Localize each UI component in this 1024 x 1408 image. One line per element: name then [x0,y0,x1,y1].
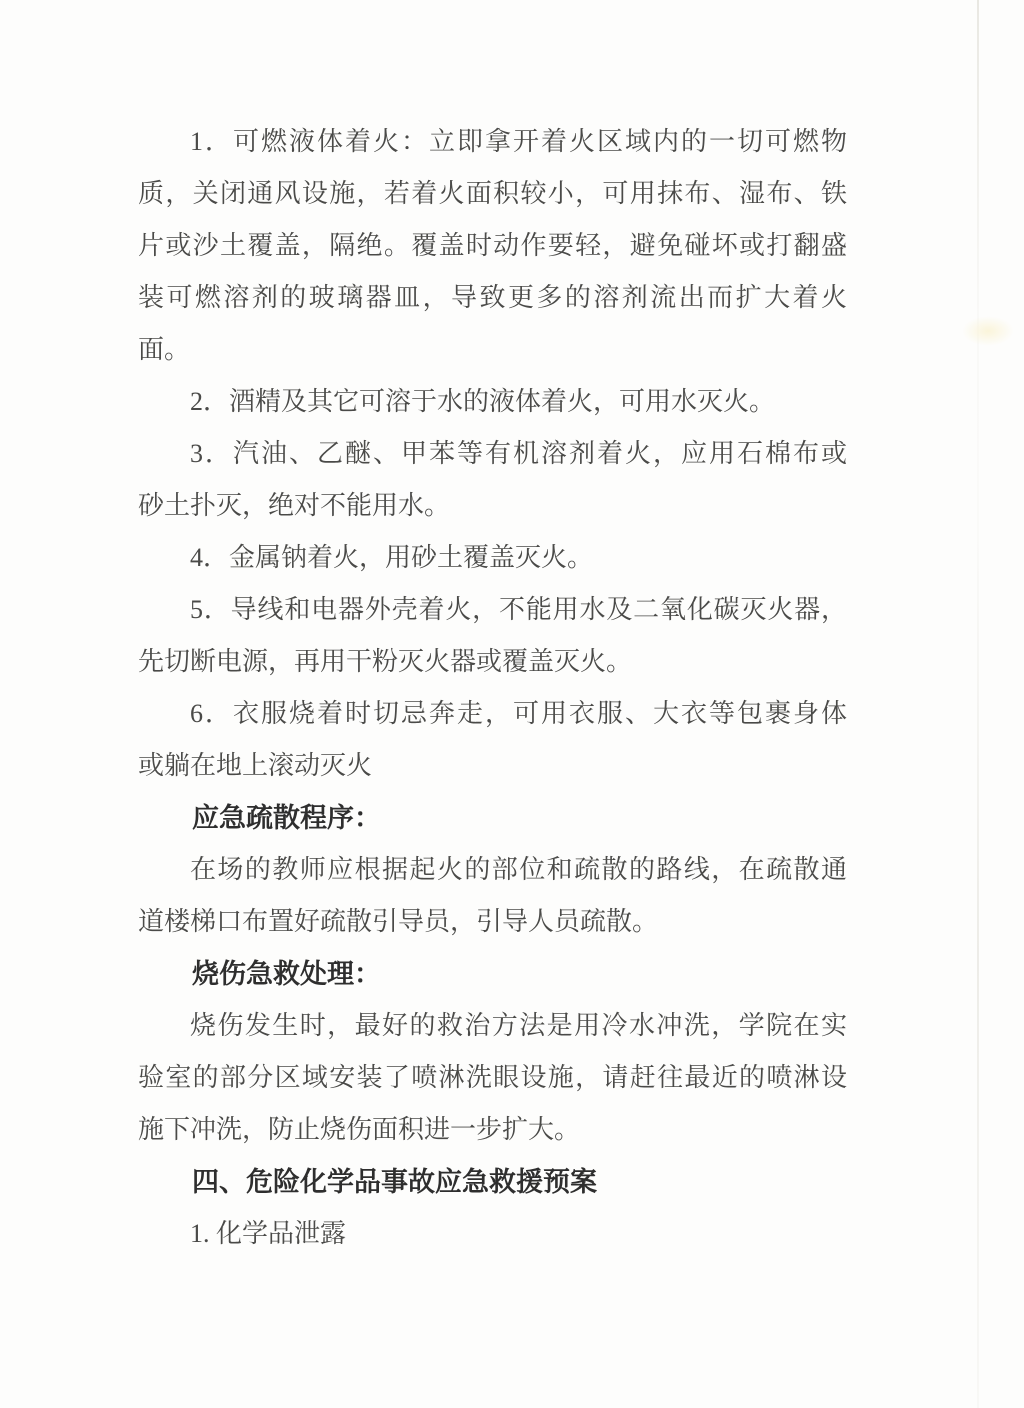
text-line: 1．可燃液体着火：立即拿开着火区域内的一切可燃物 [138,116,847,168]
paragraph-flammable-liquid-fire: 1．可燃液体着火：立即拿开着火区域内的一切可燃物 质，关闭通风设施，若着火面积较… [138,116,847,376]
paragraph-sodium-metal-fire: 4．金属钠着火，用砂土覆盖灭火。 [138,532,847,584]
text-line: 面。 [138,324,847,376]
heading-text: 四、危险化学品事故应急救援预案 [138,1156,847,1208]
text-line: 砂土扑灭，绝对不能用水。 [138,480,847,532]
text-line: 先切断电源，再用干粉灭火器或覆盖灭火。 [138,636,847,688]
heading-text: 应急疏散程序： [138,792,847,844]
heading-burn-first-aid: 烧伤急救处理： [138,948,847,1000]
text-line: 2．酒精及其它可溶于水的液体着火，可用水灭火。 [138,376,847,428]
text-line: 片或沙土覆盖，隔绝。覆盖时动作要轻，避免碰坏或打翻盛 [138,220,847,272]
scan-edge-artifact [977,0,979,1408]
paragraph-evacuation-instructions: 在场的教师应根据起火的部位和疏散的路线，在疏散通 道楼梯口布置好疏散引导员，引导… [138,844,847,948]
scan-smudge-artifact [962,316,1014,346]
text-line: 烧伤发生时，最好的救治方法是用冷水冲洗，学院在实 [138,1000,847,1052]
text-line: 装可燃溶剂的玻璃器皿，导致更多的溶剂流出而扩大着火 [138,272,847,324]
text-line: 在场的教师应根据起火的部位和疏散的路线，在疏散通 [138,844,847,896]
paragraph-chemical-leak-item: 1. 化学品泄露 [138,1208,847,1260]
text-line: 3．汽油、乙醚、甲苯等有机溶剂着火，应用石棉布或 [138,428,847,480]
text-line: 1. 化学品泄露 [138,1208,847,1260]
paragraph-clothing-fire: 6．衣服烧着时切忌奔走，可用衣服、大衣等包裹身体 或躺在地上滚动灭火 [138,688,847,792]
text-line: 道楼梯口布置好疏散引导员，引导人员疏散。 [138,896,847,948]
text-line: 或躺在地上滚动灭火 [138,740,847,792]
text-line: 验室的部分区域安装了喷淋洗眼设施，请赶往最近的喷淋设 [138,1052,847,1104]
paragraph-organic-solvent-fire: 3．汽油、乙醚、甲苯等有机溶剂着火，应用石棉布或 砂土扑灭，绝对不能用水。 [138,428,847,532]
text-line: 5．导线和电器外壳着火，不能用水及二氧化碳灭火器， [138,584,847,636]
text-line: 质，关闭通风设施，若着火面积较小，可用抹布、湿布、铁 [138,168,847,220]
heading-emergency-evacuation-procedure: 应急疏散程序： [138,792,847,844]
paragraph-burn-treatment: 烧伤发生时，最好的救治方法是用冷水冲洗，学院在实 验室的部分区域安装了喷淋洗眼设… [138,1000,847,1156]
document-content: 1．可燃液体着火：立即拿开着火区域内的一切可燃物 质，关闭通风设施，若着火面积较… [138,116,847,1260]
heading-hazardous-chemical-emergency-plan: 四、危险化学品事故应急救援预案 [138,1156,847,1208]
text-line: 施下冲洗，防止烧伤面积进一步扩大。 [138,1104,847,1156]
text-line: 4．金属钠着火，用砂土覆盖灭火。 [138,532,847,584]
document-page: 1．可燃液体着火：立即拿开着火区域内的一切可燃物 质，关闭通风设施，若着火面积较… [0,0,1024,1408]
text-line: 6．衣服烧着时切忌奔走，可用衣服、大衣等包裹身体 [138,688,847,740]
paragraph-electrical-fire: 5．导线和电器外壳着火，不能用水及二氧化碳灭火器， 先切断电源，再用干粉灭火器或… [138,584,847,688]
paragraph-water-soluble-liquid-fire: 2．酒精及其它可溶于水的液体着火，可用水灭火。 [138,376,847,428]
heading-text: 烧伤急救处理： [138,948,847,1000]
